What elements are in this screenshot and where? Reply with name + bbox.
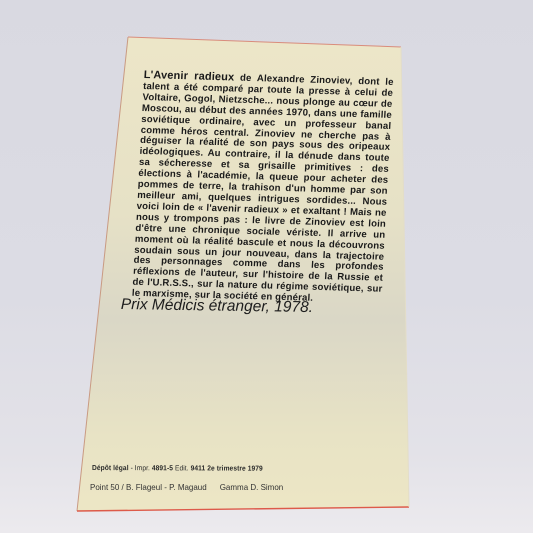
edit-number: 9411	[191, 463, 206, 472]
impr-label: - Impr.	[129, 463, 152, 472]
depot-label: Dépôt légal	[92, 463, 129, 472]
trimestre: 2e trimestre 1979	[205, 463, 263, 472]
series-designers: Point 50 / B. Flageul - P. Magaud	[90, 482, 207, 492]
blurb-paragraph: L'Avenir radieux de Alexandre Zinoviev, …	[132, 70, 394, 307]
blurb-text: de Alexandre Zinoviev, dont le talent a …	[132, 72, 394, 303]
credits-line: Point 50 / B. Flageul - P. MagaudGamma D…	[90, 482, 283, 492]
edit-label: Edit.	[173, 463, 191, 472]
legal-deposit-line: Dépôt légal - Impr. 4891-5 Edit. 9411 2e…	[92, 463, 263, 473]
impr-number: 4891-5	[152, 463, 173, 472]
prize-line: Prix Médicis étranger, 1978.	[121, 296, 313, 317]
cover-content: L'Avenir radieux de Alexandre Zinoviev, …	[0, 0, 533, 533]
photo-credit: Gamma D. Simon	[220, 482, 284, 492]
photo-scene: L'Avenir radieux de Alexandre Zinoviev, …	[0, 0, 533, 533]
